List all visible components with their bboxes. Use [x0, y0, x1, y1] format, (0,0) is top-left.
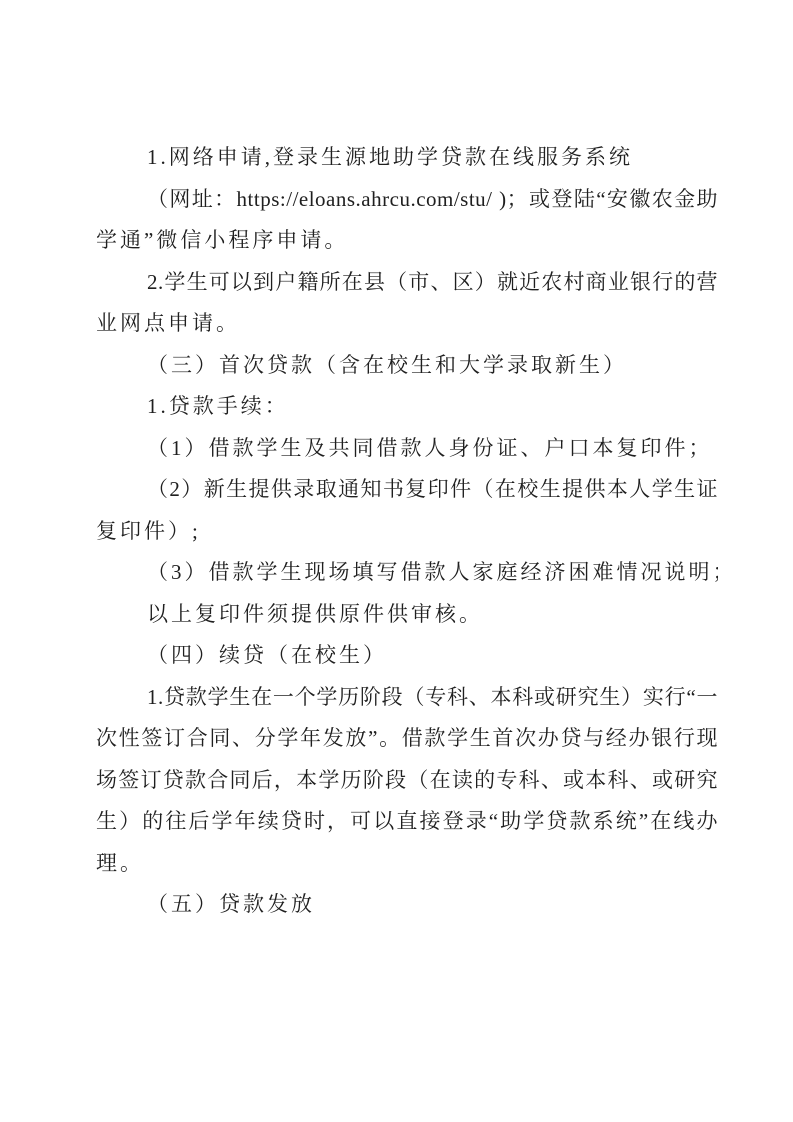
para-online-apply: 1.网络申请,登录生源地助学贷款在线服务系统 — [96, 137, 718, 179]
text-line: （2）新生提供录取通知书复印件（在校生提供本人学生证 — [96, 469, 718, 511]
text-block: 1.网络申请,登录生源地助学贷款在线服务系统（网址：https://eloans… — [96, 137, 718, 926]
heading-loan-disbursement: （五）贷款发放 — [96, 884, 718, 926]
text-line: （3）借款学生现场填写借款人家庭经济困难情况说明； — [96, 552, 718, 594]
text-line: （网址：https://eloans.ahrcu.com/stu/ )；或登陆“… — [96, 179, 718, 221]
text-line: 次性签订合同、分学年发放”。借款学生首次办贷与经办银行现 — [96, 718, 718, 760]
item-1-id-copies: （1）借款学生及共同借款人身份证、户口本复印件； — [96, 428, 718, 470]
text-line: 业网点申请。 — [96, 303, 718, 345]
item-2-admission-letter: （2）新生提供录取通知书复印件（在校生提供本人学生证复印件）; — [96, 469, 718, 552]
heading-renewal-loan: （四）续贷（在校生） — [96, 635, 718, 677]
text-line: 学通”微信小程序申请。 — [96, 220, 718, 262]
text-line: 1.网络申请,登录生源地助学贷款在线服务系统 — [96, 137, 718, 179]
text-line: （三）首次贷款（含在校生和大学录取新生） — [96, 345, 718, 387]
para-bank-branch-apply: 2.学生可以到户籍所在县（市、区）就近农村商业银行的营业网点申请。 — [96, 262, 718, 345]
text-line: （四）续贷（在校生） — [96, 635, 718, 677]
text-line: 理。 — [96, 843, 718, 885]
para-website-and-miniprogram: （网址：https://eloans.ahrcu.com/stu/ )；或登陆“… — [96, 179, 718, 262]
text-line: 复印件）; — [96, 511, 718, 553]
item-3-hardship-statement: （3）借款学生现场填写借款人家庭经济困难情况说明； — [96, 552, 718, 594]
text-line: 以上复印件须提供原件供审核。 — [96, 594, 718, 636]
text-line: 2.学生可以到户籍所在县（市、区）就近农村商业银行的营 — [96, 262, 718, 304]
text-line: 场签订贷款合同后，本学历阶段（在读的专科、或本科、或研究 — [96, 760, 718, 802]
text-line: 生）的往后学年续贷时，可以直接登录“助学贷款系统”在线办 — [96, 801, 718, 843]
text-line: （1）借款学生及共同借款人身份证、户口本复印件； — [96, 428, 718, 470]
para-originals-required: 以上复印件须提供原件供审核。 — [96, 594, 718, 636]
text-line: 1.贷款手续： — [96, 386, 718, 428]
para-loan-procedure: 1.贷款手续： — [96, 386, 718, 428]
para-renewal-detail: 1.贷款学生在一个学历阶段（专科、本科或研究生）实行“一次性签订合同、分学年发放… — [96, 677, 718, 885]
document-page: 1.网络申请,登录生源地助学贷款在线服务系统（网址：https://eloans… — [0, 0, 793, 1122]
text-line: 1.贷款学生在一个学历阶段（专科、本科或研究生）实行“一 — [96, 677, 718, 719]
text-line: （五）贷款发放 — [96, 884, 718, 926]
heading-first-loan: （三）首次贷款（含在校生和大学录取新生） — [96, 345, 718, 387]
